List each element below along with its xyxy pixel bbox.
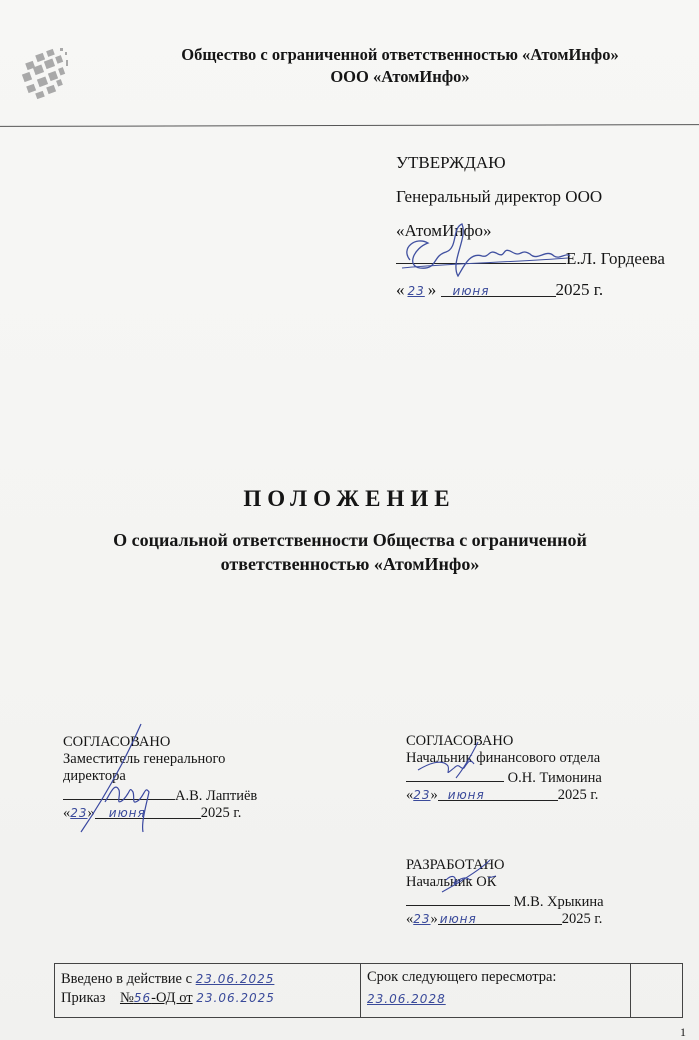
approval-signature-line [396, 245, 566, 264]
bleed-through-text [50, 95, 690, 119]
agreement-position: Начальник финансового отдела [406, 750, 686, 767]
agreement-deputy-director: СОГЛАСОВАНО Заместитель генерального дир… [63, 734, 303, 822]
review-date: 23.06.2028 [367, 992, 446, 1006]
document-info-table: Введено в действие с 23.06.2025 Приказ №… [54, 963, 683, 1018]
review-label: Срок следующего пересмотра: [367, 966, 624, 988]
developed-by-hr-head: РАЗРАБОТАНО Начальник ОК М.В. Хрыкина «2… [406, 857, 686, 928]
agreement-date-month: июня [95, 805, 201, 819]
document-title: ПОЛОЖЕНИЕ [0, 486, 699, 512]
document-subtitle: О социальной ответственности Общества с … [60, 528, 640, 576]
developed-date-month: июня [438, 911, 562, 925]
agreement-date-month: июня [438, 787, 558, 801]
order-number: 56 [134, 991, 151, 1005]
developed-date-day: 23 [413, 912, 430, 926]
company-header: Общество с ограниченной ответственностью… [120, 44, 680, 88]
agreement-finance-head: СОГЛАСОВАНО Начальник финансового отдела… [406, 733, 686, 804]
agreement-heading: СОГЛАСОВАНО [406, 733, 686, 750]
approval-position-line2: «АтомИнфо» [396, 218, 696, 243]
approval-date-year: 2025 г. [556, 280, 604, 299]
header-divider [0, 124, 699, 127]
effective-label: Введено в действие с [61, 971, 192, 987]
empty-cell [631, 964, 682, 1017]
signature-line [406, 767, 504, 782]
approval-signatory: Е.Л. Гордеева [566, 249, 665, 268]
agreement-heading: СОГЛАСОВАНО [63, 734, 303, 751]
effective-date-cell: Введено в действие с 23.06.2025 Приказ №… [55, 964, 361, 1017]
agreement-date-day: 23 [413, 788, 430, 802]
effective-date: 23.06.2025 [196, 972, 275, 986]
agreement-signatory: А.В. Лаптиёв [175, 788, 257, 804]
globe-logo-icon [14, 40, 80, 106]
agreement-date-day: 23 [70, 806, 87, 820]
approval-heading: УТВЕРЖДАЮ [396, 150, 696, 175]
review-date-cell: Срок следующего пересмотра: 23.06.2028 [361, 964, 631, 1017]
page-number: 1 [680, 1025, 686, 1040]
company-short-name: ООО «АтомИнфо» [120, 66, 680, 88]
agreement-signatory: О.Н. Тимонина [508, 770, 602, 786]
approval-date-month: июня [441, 279, 556, 297]
document-page: Общество с ограниченной ответственностью… [0, 0, 699, 1040]
order-date: 23.06.2025 [196, 991, 275, 1005]
order-label: Приказ [61, 990, 105, 1006]
approval-block: УТВЕРЖДАЮ Генеральный директор ООО «Атом… [396, 150, 696, 304]
developed-signatory: М.В. Хрыкина [514, 894, 604, 910]
agreement-position: Заместитель генерального [63, 751, 303, 768]
company-full-name: Общество с ограниченной ответственностью… [120, 44, 680, 66]
approval-position-line1: Генеральный директор ООО [396, 184, 696, 209]
developed-position: Начальник ОК [406, 874, 686, 891]
developed-heading: РАЗРАБОТАНО [406, 857, 686, 874]
signature-line [63, 785, 175, 800]
approval-date-day: 23 [405, 284, 428, 298]
signature-line [406, 891, 510, 906]
